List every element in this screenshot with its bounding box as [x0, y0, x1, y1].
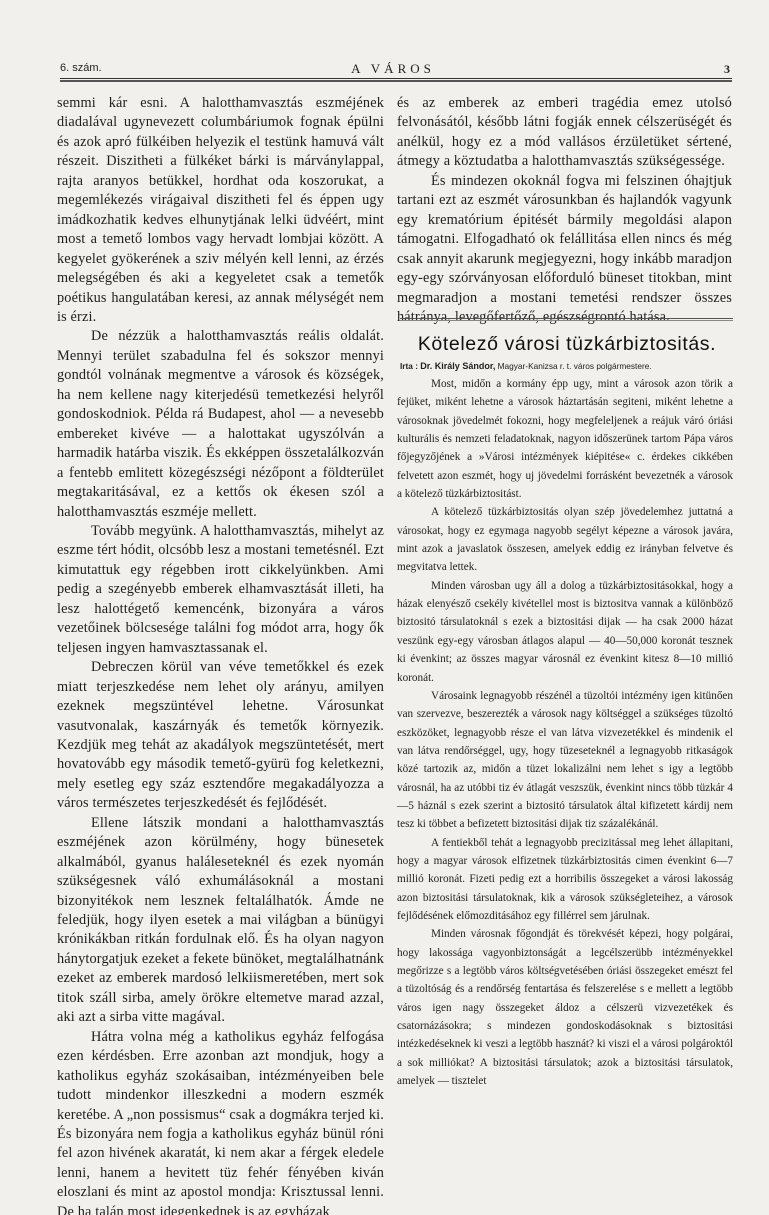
page-number: 3	[724, 62, 730, 77]
newspaper-page: 6. szám. A VÁROS 3 semmi kár esni. A hal…	[0, 0, 769, 1215]
right-column-continuation: és az emberek az emberi tragédia emez ut…	[397, 94, 732, 327]
section-divider	[400, 318, 733, 321]
paragraph: A kötelező tüzkárbiztositás olyan szép j…	[397, 503, 733, 576]
paragraph: Minden városban ugy áll a dolog a tüzkár…	[397, 577, 733, 687]
paragraph: Tovább megyünk. A halotthamvasztás, mihe…	[57, 522, 384, 658]
paragraph: Városaink legnagyobb részénél a tüzoltói…	[397, 687, 733, 834]
paragraph: Ellene látszik mondani a halotthamvasztá…	[57, 814, 384, 1028]
paragraph: semmi kár esni. A halotthamvasztás eszmé…	[57, 94, 384, 327]
byline-role: Magyar-Kanizsa r. t. város polgármestere…	[498, 361, 652, 371]
article-title: Kötelező városi tüzkárbiztositás.	[397, 333, 737, 356]
paragraph: és az emberek az emberi tragédia emez ut…	[397, 94, 732, 172]
paragraph: Debreczen körül van véve temetőkkel és e…	[57, 658, 384, 814]
byline-lead: Irta :	[400, 361, 418, 371]
header-rule	[60, 78, 732, 82]
paragraph: Most, midőn a kormány épp ugy, mint a vá…	[397, 375, 733, 503]
paragraph: Hátra volna még a katholikus egyház felf…	[57, 1028, 384, 1215]
left-column: semmi kár esni. A halotthamvasztás eszmé…	[57, 94, 384, 1215]
paragraph: És mindezen okoknál fogva mi felszinen ó…	[397, 172, 732, 328]
masthead: A VÁROS	[48, 61, 738, 77]
byline-author: Dr. Király Sándor,	[420, 361, 495, 371]
paragraph: De nézzük a halotthamvasztás reális olda…	[57, 327, 384, 522]
paragraph: A fentiekből tehát a legnagyobb precizit…	[397, 834, 733, 926]
page-header: 6. szám. A VÁROS 3	[48, 60, 738, 78]
article-byline: Irta : Dr. Király Sándor, Magyar-Kanizsa…	[400, 361, 740, 371]
article-body: Most, midőn a kormány épp ugy, mint a vá…	[397, 375, 733, 1090]
paragraph: Minden városnak főgondját és törekvését …	[397, 925, 733, 1090]
